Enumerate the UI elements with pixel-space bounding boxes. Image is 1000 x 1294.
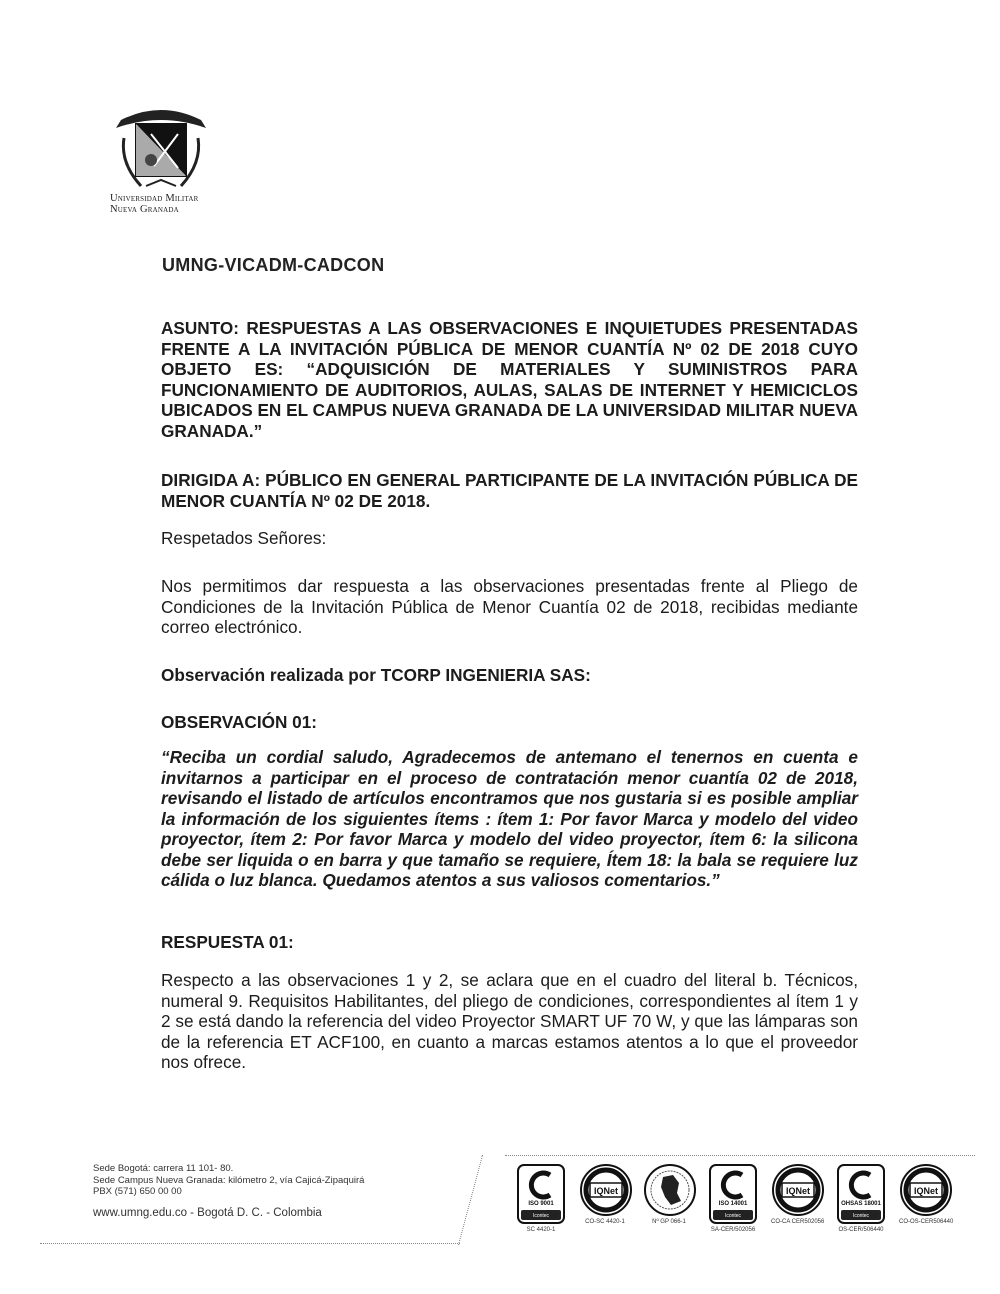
svg-text:ISO 9001: ISO 9001 — [528, 1201, 554, 1207]
colombia-map-seal-icon — [643, 1163, 697, 1217]
svg-text:ISO 14001: ISO 14001 — [719, 1201, 748, 1207]
institution-name-line1: Universidad Militar — [96, 193, 226, 204]
svg-text:OHSAS 18001: OHSAS 18001 — [841, 1201, 881, 1207]
certification-code: Nº GP 066-1 — [643, 1219, 695, 1225]
svg-text:IQNet: IQNet — [594, 1186, 618, 1196]
certification-code: CO-CA CER502056 — [771, 1219, 823, 1225]
icontec-seal-icon: ISO 9001Icontec — [516, 1163, 566, 1225]
university-logo: Universidad Militar Nueva Granada — [96, 98, 226, 215]
intro-paragraph: Nos permitimos dar respuesta a las obser… — [161, 576, 858, 638]
footer-divider-right — [505, 1155, 975, 1156]
icontec-seal-icon: ISO 14001Icontec — [708, 1163, 758, 1225]
svg-text:Icontec: Icontec — [853, 1213, 870, 1219]
svg-text:Icontec: Icontec — [725, 1213, 742, 1219]
subject-paragraph: ASUNTO: RESPUESTAS A LAS OBSERVACIONES E… — [161, 318, 858, 441]
observation-heading: OBSERVACIÓN 01: — [161, 712, 858, 733]
observation-author: Observación realizada por TCORP INGENIER… — [161, 665, 858, 686]
certification-iqnet: IQNetCO-SC 4420-1 — [579, 1163, 631, 1225]
iqnet-seal-icon: IQNet — [771, 1163, 825, 1217]
certification-code: SA-CER/502056 — [707, 1227, 759, 1233]
phone-number: PBX (571) 650 00 00 — [93, 1186, 364, 1198]
address-bogota: Sede Bogotá: carrera 11 101- 80. — [93, 1163, 364, 1175]
salutation: Respetados Señores: — [161, 528, 858, 549]
svg-text:IQNet: IQNet — [786, 1186, 810, 1196]
address-campus: Sede Campus Nueva Granada: kilómetro 2, … — [93, 1175, 364, 1187]
certification-iqnet: IQNetCO-CA CER502056 — [771, 1163, 823, 1225]
certification-code: SC 4420-1 — [515, 1227, 567, 1233]
response-heading: RESPUESTA 01: — [161, 932, 858, 953]
certification-icontec: OHSAS 18001IcontecOS-CER/506440 — [835, 1163, 887, 1233]
document-reference: UMNG-VICADM-CADCON — [162, 255, 384, 276]
certification-code: CO-SC 4420-1 — [579, 1219, 631, 1225]
addressed-to-paragraph: DIRIGIDA A: PÚBLICO EN GENERAL PARTICIPA… — [161, 470, 858, 511]
svg-text:Icontec: Icontec — [533, 1213, 550, 1219]
svg-text:IQNet: IQNet — [914, 1186, 938, 1196]
website-link[interactable]: www.umng.edu.co - Bogotá D. C. - Colombi… — [93, 1208, 364, 1220]
footer-slash-divider — [458, 1155, 484, 1245]
institution-name-line2: Nueva Granada — [96, 204, 226, 215]
footer-divider — [40, 1243, 460, 1244]
certification-code: CO-OS-CER506440 — [899, 1219, 951, 1225]
response-paragraph: Respecto a las observaciones 1 y 2, se a… — [161, 970, 858, 1073]
iqnet-seal-icon: IQNet — [579, 1163, 633, 1217]
certification-logos: ISO 9001IcontecSC 4420-1IQNetCO-SC 4420-… — [515, 1163, 951, 1233]
university-crest-icon — [106, 98, 216, 193]
certification-iqnet: IQNetCO-OS-CER506440 — [899, 1163, 951, 1225]
certification-colombia-seal: Nº GP 066-1 — [643, 1163, 695, 1225]
certification-code: OS-CER/506440 — [835, 1227, 887, 1233]
certification-icontec: ISO 14001IcontecSA-CER/502056 — [707, 1163, 759, 1233]
icontec-seal-icon: OHSAS 18001Icontec — [836, 1163, 886, 1225]
footer-contact: Sede Bogotá: carrera 11 101- 80. Sede Ca… — [93, 1163, 364, 1219]
observation-quote: “Reciba un cordial saludo, Agradecemos d… — [161, 747, 858, 891]
certification-icontec: ISO 9001IcontecSC 4420-1 — [515, 1163, 567, 1233]
iqnet-seal-icon: IQNet — [899, 1163, 953, 1217]
